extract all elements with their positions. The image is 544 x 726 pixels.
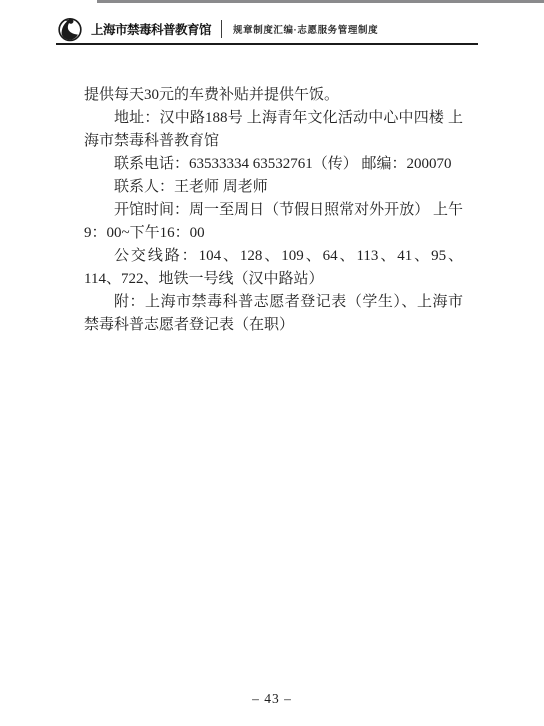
text-line: 开馆时间：周一至周日（节假日照常对外开放） 上午 xyxy=(84,199,463,222)
text-line: 提供每天30元的车费补贴并提供午饭。 xyxy=(84,84,463,107)
text-line: 地址：汉中路188号 上海青年文化活动中心中四楼 上 xyxy=(84,107,463,130)
text-line: 联系人：王老师 周老师 xyxy=(84,176,463,199)
text-line: 联系电话：63533334 63532761（传） 邮编：200070 xyxy=(84,153,463,176)
header-title: 上海市禁毒科普教育馆 xyxy=(91,20,211,38)
text-line: 9：00~下午16：00 xyxy=(84,222,463,245)
page-number: – 43 – xyxy=(252,691,292,706)
header-subtitle: 规章制度汇编·志愿服务管理制度 xyxy=(233,22,378,36)
page-header: 上海市禁毒科普教育馆 规章制度汇编·志愿服务管理制度 xyxy=(57,15,378,43)
text-line: 公交线路：104、128、109、64、113、41、95、 xyxy=(84,245,463,268)
bird-in-circle-logo-icon xyxy=(57,16,83,42)
text-line: 海市禁毒科普教育馆 xyxy=(84,130,463,153)
text-line: 114、722、地铁一号线（汉中路站） xyxy=(84,268,463,291)
header-divider xyxy=(221,20,222,38)
text-line: 附：上海市禁毒科普志愿者登记表（学生）、上海市 xyxy=(84,291,463,314)
scan-edge-artifact xyxy=(97,0,544,3)
text-line: 禁毒科普志愿者登记表（在职） xyxy=(84,314,463,337)
body-text: 提供每天30元的车费补贴并提供午饭。 地址：汉中路188号 上海青年文化活动中心… xyxy=(84,84,463,337)
header-rule xyxy=(56,43,478,45)
document-page: 上海市禁毒科普教育馆 规章制度汇编·志愿服务管理制度 提供每天30元的车费补贴并… xyxy=(0,0,544,726)
page-footer: – 43 – xyxy=(0,691,544,707)
